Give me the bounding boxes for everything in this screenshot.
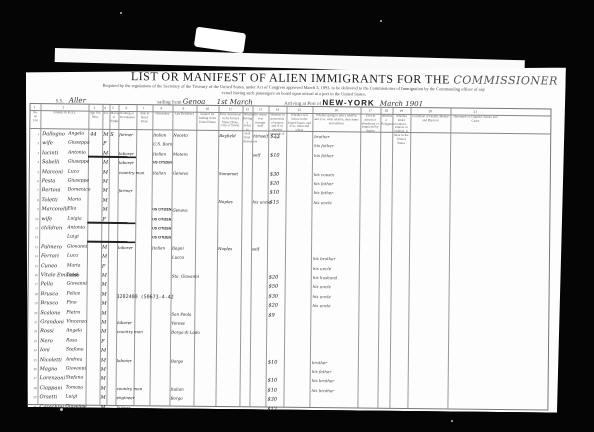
money-cell: $20 <box>268 303 278 309</box>
surname-cell: Pesta <box>42 178 56 184</box>
given-name-cell: Vincenzo <box>66 319 87 324</box>
column-rule <box>447 108 451 408</box>
surname-cell: Dallogno <box>42 131 65 137</box>
column-rule <box>377 108 381 408</box>
column-header: Whether under contract, express or impli… <box>393 115 409 146</box>
residence-cell: Varese <box>171 321 185 326</box>
money-cell: $50 <box>269 284 279 290</box>
manifest-table: 1No. on List2NAME IN FULL3Age Yrs. Mos.4… <box>26 103 551 410</box>
surname-cell: Orsetti <box>39 394 57 400</box>
residence-cell: Borgo <box>170 396 182 401</box>
nationality-cell: US CITIZEN <box>153 161 172 165</box>
sex-cell: M <box>101 357 106 363</box>
row-number: 4 <box>31 160 39 164</box>
row-number: 23 <box>29 339 37 343</box>
surname-cell: Lorenzoni <box>40 376 65 382</box>
surname-cell: Scalone <box>40 310 60 316</box>
row-number: 13 <box>30 245 38 249</box>
sex-cell: M <box>102 207 107 213</box>
column-header: Seaport for landing in the United States <box>197 113 217 125</box>
age-cell: 44 <box>90 132 96 138</box>
money-cell: $23 <box>270 134 280 140</box>
nationality-cell: Italian <box>153 170 166 175</box>
paid-by-cell: his uncle <box>253 199 271 204</box>
row-number: 20 <box>29 311 37 315</box>
column-number: 4 <box>104 106 106 110</box>
row-number: 29 <box>28 395 36 399</box>
sex-cell: M <box>101 348 106 354</box>
relative-cell: his father <box>314 143 334 148</box>
residence-cell: Genova <box>172 208 187 213</box>
column-rule <box>239 106 243 406</box>
given-name-cell: Antonio <box>67 225 85 230</box>
residence-cell: Italian <box>171 386 184 391</box>
relative-cell: his father <box>314 181 334 186</box>
sex-cell: M <box>102 245 107 251</box>
row-number: 14 <box>30 254 38 258</box>
totals-mid: 18 - 6 <box>108 419 122 425</box>
sex-cell: M <box>103 132 108 138</box>
column-number: 14 <box>275 108 279 112</box>
column-header: Able to Read Write <box>137 112 151 124</box>
nationality-cell: US CITIZEN <box>152 226 171 230</box>
row-number: 24 <box>29 348 37 352</box>
relative-cell: his uncle <box>314 200 332 205</box>
occupation-cell: farmer <box>119 132 133 137</box>
surname-cell: Nicoletti <box>40 357 62 363</box>
surname-cell: Marconi <box>42 169 63 175</box>
column-header: Whether a Polygamist <box>381 115 391 126</box>
money-cell: $9 <box>268 312 274 318</box>
column-rule <box>407 108 411 408</box>
given-name-cell: Luca <box>68 169 79 174</box>
surname-cell: Marcorelli <box>41 206 68 212</box>
nationality-cell: US CITIZEN <box>152 208 171 212</box>
row-number: 18 <box>30 292 38 296</box>
row-number: 25 <box>29 358 37 362</box>
row-number: 10 <box>30 217 38 221</box>
strike-line <box>87 241 135 243</box>
sex-cell: M <box>102 254 107 260</box>
row-number: 19 <box>29 301 37 305</box>
given-name-cell: Antonio <box>68 150 86 155</box>
row-number: 12 <box>30 235 38 239</box>
column-number: 10 <box>205 107 209 111</box>
paid-by-cell: self <box>253 152 260 157</box>
row-number: 5 <box>31 170 39 174</box>
given-name-cell: Mario <box>68 197 82 202</box>
row-number: 6 <box>31 179 39 183</box>
sex-cell: M <box>103 169 108 175</box>
row-number: 30 <box>28 405 36 409</box>
sex-cell: M <box>102 273 107 279</box>
residence-cell: Lucca <box>172 255 184 260</box>
money-cell: $10 <box>270 190 280 196</box>
nationality-cell: Italian <box>152 245 165 250</box>
surname-cell: wife <box>42 141 53 147</box>
given-name-cell: Rosa <box>66 338 77 343</box>
totals-left: 3 <box>77 418 80 424</box>
column-number: 16 <box>334 108 338 112</box>
column-header: Whether going to join a relative, and if… <box>313 114 359 126</box>
sex-cell: M <box>102 292 107 298</box>
occupation-cell: laborer <box>119 151 134 156</box>
row-number: 3 <box>31 151 39 155</box>
sex-cell: M <box>100 395 105 401</box>
given-name-cell: Andrea <box>66 357 83 362</box>
column-header: Calling or Occupation <box>119 112 135 120</box>
residence-cell: Matera <box>173 151 188 156</box>
row-number: 22 <box>29 329 37 333</box>
surname-cell: Sabelli <box>42 159 59 165</box>
given-name-cell: Elia <box>67 207 76 212</box>
occupation-cell: farmer <box>119 188 133 193</box>
destination-cell: Naples <box>219 199 233 204</box>
relative-cell: his father <box>312 369 332 374</box>
given-name-cell: Domenico <box>68 188 91 193</box>
given-name-cell: Pietro <box>66 310 80 315</box>
column-header: Deformed or Crippled. Nature and Cause <box>451 115 499 123</box>
strike-line <box>87 222 135 224</box>
given-name-cell: Giuseppa <box>68 141 89 146</box>
surname-cell: Ciappani <box>40 385 63 391</box>
paid-by-cell: self <box>252 246 259 251</box>
column-number: 21 <box>473 110 477 114</box>
surname-cell: Rossi <box>40 329 54 335</box>
column-number: 12 <box>245 107 249 111</box>
column-header: Nationality <box>153 112 171 116</box>
row-number: 16 <box>30 273 38 277</box>
relative-cell: his uncle <box>312 303 330 308</box>
nationality-cell: US CITIZEN <box>152 217 171 221</box>
occupation-cell: country man <box>117 386 143 391</box>
row-number: 2 <box>31 141 39 145</box>
row-number: 9 <box>30 207 38 211</box>
money-cell: $10 <box>268 378 278 384</box>
occupation-cell: engineer <box>116 395 134 400</box>
relative-cell: his brother <box>312 378 335 383</box>
column-number: 3 <box>94 106 96 110</box>
destination-cell: Naples <box>218 246 232 251</box>
sex-cell: F <box>102 263 106 269</box>
sex-cell: M <box>103 198 108 204</box>
surname-cell: Ferrari <box>41 253 59 259</box>
sex-cell: M <box>103 179 108 185</box>
money-cell: $10 <box>268 387 278 393</box>
column-header: Last Residence <box>173 113 195 117</box>
column-number: 6 <box>126 106 128 110</box>
column-number: 15 <box>297 108 301 112</box>
row-number: 28 <box>29 386 37 390</box>
column-rule <box>389 108 393 408</box>
column-header: No. on List <box>31 111 39 122</box>
occupation-cell: country man <box>119 170 145 175</box>
residence-cell: Genova <box>173 170 188 175</box>
given-name-cell: Luigi <box>67 235 79 240</box>
sex-cell: M <box>103 188 108 194</box>
given-name-cell: Giuseppe <box>68 178 89 183</box>
surname-cell: Grandoni <box>40 319 64 325</box>
nationality-cell: Italian <box>153 151 166 156</box>
given-name-cell: Giuseppe <box>65 404 86 409</box>
nationality-cell: U.S. Born <box>153 142 172 147</box>
residence-cell: San Paolo <box>171 311 191 316</box>
relative-cell: brother <box>314 134 329 139</box>
occupation-cell: laborer <box>117 320 132 325</box>
column-header: Final destination in the United States (… <box>219 113 241 128</box>
surname-cell: Bertoni <box>42 188 61 194</box>
given-name-cell: Luigi <box>65 395 77 400</box>
title-handwritten: COMMISSIONER <box>453 73 558 87</box>
money-cell: $10 <box>268 359 278 365</box>
surname-cell: Pella <box>41 282 53 288</box>
money-cell: $12 <box>267 406 277 412</box>
column-header: By whom was passage paid <box>253 113 267 128</box>
surname-cell: wife <box>41 216 52 222</box>
column-rule <box>215 106 219 406</box>
surname-cell: Nero <box>40 338 53 344</box>
column-rule <box>193 106 197 406</box>
surname-cell: Brusco <box>40 300 58 306</box>
column-number: 19 <box>399 109 403 113</box>
column-rule <box>357 108 361 408</box>
column-number: 9 <box>182 107 184 111</box>
dust-speck <box>380 20 382 22</box>
surname-cell: children <box>41 225 62 231</box>
given-name-cell: Luigia <box>67 216 81 221</box>
relative-cell: his brother <box>312 388 335 393</box>
sex-cell: F <box>103 141 107 147</box>
given-name-cell: Stefano <box>66 348 84 353</box>
row-number: 27 <box>29 376 37 380</box>
nationality-cell: US CITIZEN <box>152 236 171 240</box>
row-number: 15 <box>30 264 38 268</box>
given-name-cell: Angelo <box>66 329 82 334</box>
column-header: NAME IN FULL <box>41 111 87 115</box>
strike-line <box>88 156 136 158</box>
sex-cell: M <box>101 367 106 373</box>
occupation-cell: laborer <box>119 160 134 165</box>
relative-cell: his cousin <box>314 172 334 177</box>
given-name-cell: Stefano <box>66 376 84 381</box>
row-number: 26 <box>29 367 37 371</box>
stamped-number: 3202400 (50673-4-42 <box>117 294 174 301</box>
column-number: 11 <box>228 107 231 111</box>
occupation-cell: laborer <box>117 358 132 363</box>
relative-cell: his husband <box>313 275 338 280</box>
money-cell: $30 <box>269 293 279 299</box>
relative-cell: brother <box>312 360 327 365</box>
residence-cell: Sta. Giovanni <box>172 274 199 279</box>
column-number: 2 <box>63 105 65 109</box>
status-cell: S <box>110 132 114 138</box>
column-number: 5 <box>112 106 114 110</box>
sex-cell: F <box>101 339 105 345</box>
destination-cell: Bayfield <box>219 133 236 138</box>
given-name-cell: Luigi <box>67 272 79 277</box>
relative-cell: his uncle <box>313 284 331 289</box>
row-number: 11 <box>30 226 38 230</box>
column-number: 7 <box>143 106 145 110</box>
row-number: 8 <box>31 198 39 202</box>
row-number: 17 <box>30 282 38 286</box>
occupation-cell: laborer <box>118 245 133 250</box>
column-number: 18 <box>384 109 388 113</box>
manifest-page: LIST OR MANIFEST OF ALIEN IMMIGRANTS FOR… <box>22 62 566 413</box>
row-number: 7 <box>31 188 39 192</box>
sex-cell: M <box>101 310 106 316</box>
paid-by-cell: himself <box>253 133 268 138</box>
dust-speck <box>120 12 122 14</box>
money-cell: $30 <box>267 397 277 403</box>
given-name-cell: Luca <box>67 254 78 259</box>
money-cell: $20 <box>269 275 279 281</box>
row-number: 1 <box>31 132 39 136</box>
sex-cell: M <box>101 376 106 382</box>
column-header: Whether having a ticket to such final de… <box>243 113 251 143</box>
given-name-cell: Maria <box>67 263 81 268</box>
residence-cell: Bagni <box>172 245 184 250</box>
relative-cell: his uncle <box>313 294 331 299</box>
column-number: 1 <box>34 105 36 109</box>
bottom-signature: Genoa 7/4/41 ... <box>357 412 405 420</box>
sex-cell: M <box>102 282 107 288</box>
sex-cell: M <box>101 386 106 392</box>
sex-cell: M <box>103 160 108 166</box>
residence-cell: Borgo <box>171 358 183 363</box>
surname-cell: Ioni <box>40 347 50 353</box>
surname-cell: Magno <box>40 366 58 372</box>
relative-cell: his brother <box>313 256 336 261</box>
row-number: 21 <box>29 320 37 324</box>
column-header: Sex <box>103 112 108 116</box>
given-name-cell: Giuseppe <box>68 160 89 165</box>
surname-cell: Iacinti <box>42 150 58 156</box>
surname-cell: Palmero <box>41 244 62 250</box>
money-cell: $30 <box>270 171 280 177</box>
column-header: Age Yrs. Mos. <box>89 112 101 120</box>
given-name-cell: Tomaso <box>66 385 83 390</box>
residence-cell: Noceto <box>173 133 188 138</box>
surname-cell: Brusco <box>41 291 59 297</box>
column-number: 8 <box>161 106 163 110</box>
dust-speck <box>60 408 63 411</box>
given-name-cell: Giovanni <box>66 366 86 371</box>
column-number: 13 <box>258 107 262 111</box>
column-number: 20 <box>428 109 432 113</box>
residence-cell: Borgo di Lado <box>171 330 200 335</box>
occupation-cell: country man <box>117 329 143 334</box>
money-cell: $20 <box>270 181 280 187</box>
given-name-cell: Giovanni <box>67 244 87 249</box>
destination-cell: Somerset <box>219 171 238 176</box>
surname-cell: Cuneo <box>41 263 57 269</box>
sex-cell: M <box>101 301 106 307</box>
column-header: Condition of Health, Mental and Physical <box>411 115 449 123</box>
paper-scrap <box>194 27 246 54</box>
given-name-cell: Felice <box>67 291 81 296</box>
money-cell: $10 <box>270 152 280 158</box>
occupation-cell: farmer <box>116 405 130 410</box>
column-number: 17 <box>368 109 372 113</box>
money-cell: $15 <box>270 199 280 205</box>
dust-speck <box>451 420 453 422</box>
sex-cell: M <box>101 320 106 326</box>
column-rule <box>283 107 287 407</box>
relative-cell: his father <box>314 190 334 195</box>
given-name-cell: Pino <box>66 301 76 306</box>
surname-cell: Toletti <box>42 197 58 203</box>
given-name-cell: Giovanni <box>67 282 87 287</box>
sex-cell: M <box>101 329 106 335</box>
relative-cell: his uncle <box>313 266 331 271</box>
column-header: Married or Single <box>110 112 117 123</box>
given-name-cell: Angelo <box>68 131 84 136</box>
relative-cell: his father <box>314 153 334 158</box>
sex-cell: M <box>100 404 105 410</box>
nationality-cell: Italian <box>153 132 166 137</box>
